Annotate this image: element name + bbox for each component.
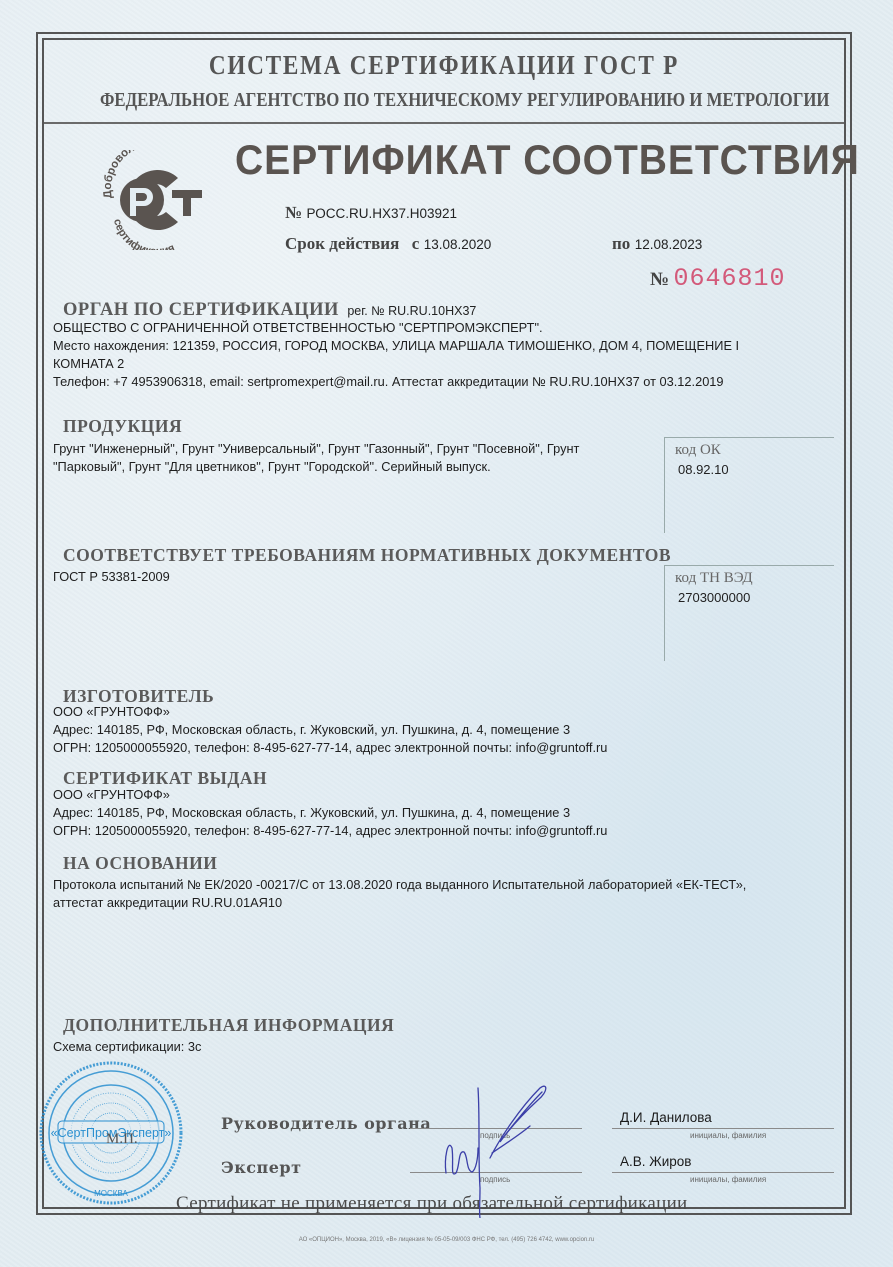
okpd-code-label: код ОК	[675, 442, 834, 459]
cert-body-reg: рег. № RU.RU.10НХ37	[347, 304, 476, 318]
compliance-standard: ГОСТ Р 53381-2009	[53, 568, 170, 586]
rst-logo: Добровольная сертификация	[100, 150, 210, 250]
expert-label: Эксперт	[221, 1158, 302, 1177]
compliance-heading: СООТВЕТСТВУЕТ ТРЕБОВАНИЯМ НОРМАТИВНЫХ ДО…	[63, 545, 671, 566]
basis-line-1: Протокола испытаний № ЕК/2020 -00217/С о…	[53, 876, 746, 894]
footer-note: Сертификат не применяется при обязательн…	[176, 1193, 688, 1215]
manufacturer-details: ООО «ГРУНТОФФ» Адрес: 140185, РФ, Москов…	[53, 703, 607, 757]
cert-body-address: Место нахождения: 121359, РОССИЯ, ГОРОД …	[53, 337, 739, 355]
system-title: СИСТЕМА СЕРТИФИКАЦИИ ГОСТ Р	[100, 50, 788, 81]
issued-to-details: ООО «ГРУНТОФФ» Адрес: 140185, РФ, Москов…	[53, 786, 607, 840]
cert-body-heading: ОРГАН ПО СЕРТИФИКАЦИИ	[63, 300, 339, 320]
svg-text:МОСКВА: МОСКВА	[94, 1189, 128, 1198]
product-line-1: Грунт "Инженерный", Грунт "Универсальный…	[53, 440, 579, 458]
head-name-line	[612, 1128, 834, 1129]
expert-name-line	[612, 1172, 834, 1173]
agency-name: ФЕДЕРАЛЬНОЕ АГЕНТСТВО ПО ТЕХНИЧЕСКОМУ РЕ…	[100, 90, 788, 112]
manufacturer-contacts: ОГРН: 1205000055920, телефон: 8-495-627-…	[53, 739, 607, 757]
issued-to-contacts: ОГРН: 1205000055920, телефон: 8-495-627-…	[53, 822, 607, 840]
product-line-2: "Парковый", Грунт "Для цветников", Грунт…	[53, 458, 579, 476]
basis-heading: НА ОСНОВАНИИ	[63, 853, 217, 874]
validity-to: по 12.08.2023	[612, 234, 702, 254]
validity-from: Срок действия с 13.08.2020	[285, 234, 491, 254]
manufacturer-address: Адрес: 140185, РФ, Московская область, г…	[53, 721, 607, 739]
number-sign: №	[285, 203, 302, 222]
manufacturer-name: ООО «ГРУНТОФФ»	[53, 703, 607, 721]
issued-to-address: Адрес: 140185, РФ, Московская область, г…	[53, 804, 607, 822]
tnved-code-label: код ТН ВЭД	[675, 570, 834, 587]
to-label: по	[612, 234, 630, 253]
rst-logo-icon: Добровольная сертификация	[100, 150, 210, 250]
head-name: Д.И. Данилова	[620, 1110, 712, 1125]
number-value: РОСС.RU.НХ37.Н03921	[307, 206, 458, 221]
cert-body-name: ОБЩЕСТВО С ОГРАНИЧЕННОЙ ОТВЕТСТВЕННОСТЬЮ…	[53, 319, 739, 337]
document-title: СЕРТИФИКАТ СООТВЕТСТВИЯ	[235, 136, 860, 184]
head-name-caption: инициалы, фамилия	[690, 1131, 766, 1140]
okpd-code-value: 08.92.10	[675, 462, 834, 477]
certificate-number: № РОСС.RU.НХ37.Н03921	[285, 203, 457, 223]
cert-body-heading-row: ОРГАН ПО СЕРТИФИКАЦИИ рег. № RU.RU.10НХ3…	[63, 300, 476, 321]
tnved-code-box: код ТН ВЭД 2703000000	[664, 565, 834, 661]
certification-scheme: Схема сертификации: 3с	[53, 1038, 201, 1056]
cert-body-details: ОБЩЕСТВО С ОГРАНИЧЕННОЙ ОТВЕТСТВЕННОСТЬЮ…	[53, 319, 739, 391]
additional-heading: ДОПОЛНИТЕЛЬНАЯ ИНФОРМАЦИЯ	[63, 1015, 394, 1036]
basis-details: Протокола испытаний № ЕК/2020 -00217/С о…	[53, 876, 746, 912]
product-description: Грунт "Инженерный", Грунт "Универсальный…	[53, 440, 579, 476]
serial-value: 0646810	[674, 264, 786, 293]
expert-name: А.В. Жиров	[620, 1154, 691, 1169]
serial-number: № 0646810	[650, 264, 786, 293]
header-divider	[44, 122, 844, 124]
okpd-code-box: код ОК 08.92.10	[664, 437, 834, 533]
cert-body-address-cont: КОМНАТА 2	[53, 355, 739, 373]
basis-line-2: аттестат аккредитации RU.RU.01АЯ10	[53, 894, 746, 912]
valid-from: 13.08.2020	[424, 237, 492, 252]
seal-placeholder-label: М.П.	[106, 1131, 138, 1148]
head-label: Руководитель органа	[221, 1114, 431, 1133]
validity-label: Срок действия	[285, 234, 399, 253]
serial-sign: №	[650, 269, 669, 290]
expert-name-caption: инициалы, фамилия	[690, 1175, 766, 1184]
product-heading: ПРОДУКЦИЯ	[63, 416, 182, 437]
issued-to-name: ООО «ГРУНТОФФ»	[53, 786, 607, 804]
from-label: с	[412, 234, 420, 253]
cert-body-contacts: Телефон: +7 4953906318, email: sertprome…	[53, 373, 739, 391]
printer-info: АО «ОПЦИОН», Москва, 2019, «В» лицензия …	[0, 1237, 893, 1243]
valid-to: 12.08.2023	[635, 237, 703, 252]
tnved-code-value: 2703000000	[675, 590, 834, 605]
